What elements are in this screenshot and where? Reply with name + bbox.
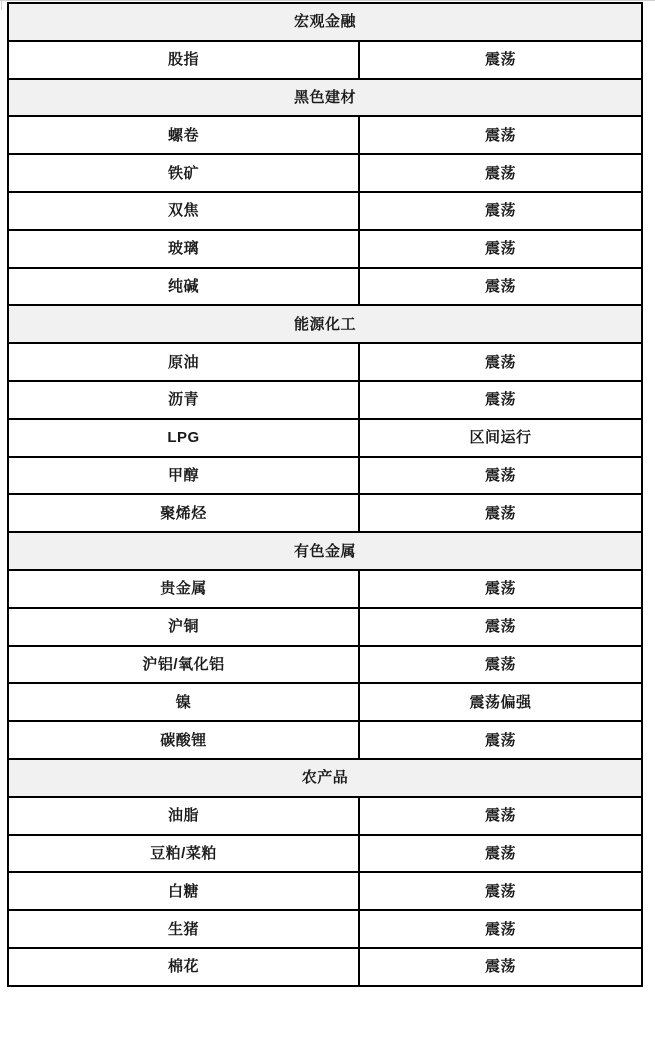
commodity-name: 沥青: [8, 381, 359, 419]
section-row: 有色金属: [8, 532, 642, 570]
table-row: 碳酸锂 震荡: [8, 721, 642, 759]
table-row: 棉花 震荡: [8, 948, 642, 986]
table-row: 油脂 震荡: [8, 797, 642, 835]
outlook-value: 震荡: [359, 230, 642, 268]
table-row: 螺卷 震荡: [8, 116, 642, 154]
outlook-value: 震荡: [359, 872, 642, 910]
table-row: 甲醇 震荡: [8, 457, 642, 495]
table-row: 股指 震荡: [8, 41, 642, 79]
section-header-nonferrous-metals: 有色金属: [8, 532, 642, 570]
table-row: 铁矿 震荡: [8, 154, 642, 192]
section-header-energy-chemicals: 能源化工: [8, 305, 642, 343]
section-row: 能源化工: [8, 305, 642, 343]
section-row: 宏观金融: [8, 3, 642, 41]
section-row: 农产品: [8, 759, 642, 797]
commodity-name: 碳酸锂: [8, 721, 359, 759]
commodity-name: 镍: [8, 683, 359, 721]
table-row: 沪铝/氧化铝 震荡: [8, 646, 642, 684]
table-row: 豆粕/菜粕 震荡: [8, 835, 642, 873]
commodity-name: 甲醇: [8, 457, 359, 495]
table-row: 沪铜 震荡: [8, 608, 642, 646]
commodity-name: 原油: [8, 343, 359, 381]
commodity-name: 生猪: [8, 910, 359, 948]
commodity-name: LPG: [8, 419, 359, 457]
section-header-macro-finance: 宏观金融: [8, 3, 642, 41]
commodity-name: 白糖: [8, 872, 359, 910]
commodity-name: 玻璃: [8, 230, 359, 268]
outlook-value: 震荡: [359, 457, 642, 495]
commodity-name: 豆粕/菜粕: [8, 835, 359, 873]
outlook-value: 震荡: [359, 721, 642, 759]
commodity-name: 螺卷: [8, 116, 359, 154]
outlook-value: 震荡偏强: [359, 683, 642, 721]
table-row: 玻璃 震荡: [8, 230, 642, 268]
commodity-name: 铁矿: [8, 154, 359, 192]
outlook-value: 震荡: [359, 381, 642, 419]
page-left-border-artifact: [1, 0, 2, 10]
table-row: 镍 震荡偏强: [8, 683, 642, 721]
commodity-name: 棉花: [8, 948, 359, 986]
table-row: 贵金属 震荡: [8, 570, 642, 608]
commodity-name: 股指: [8, 41, 359, 79]
outlook-value: 震荡: [359, 343, 642, 381]
commodity-name: 沪铜: [8, 608, 359, 646]
table-row: 双焦 震荡: [8, 192, 642, 230]
outlook-value: 震荡: [359, 116, 642, 154]
outlook-value: 震荡: [359, 570, 642, 608]
outlook-value: 震荡: [359, 192, 642, 230]
table-row: 原油 震荡: [8, 343, 642, 381]
outlook-value: 震荡: [359, 154, 642, 192]
outlook-value: 震荡: [359, 41, 642, 79]
section-header-ferrous-building-materials: 黑色建材: [8, 79, 642, 117]
outlook-value: 震荡: [359, 910, 642, 948]
commodity-name: 聚烯烃: [8, 494, 359, 532]
commodity-name: 贵金属: [8, 570, 359, 608]
commodity-name: 沪铝/氧化铝: [8, 646, 359, 684]
commodity-name: 油脂: [8, 797, 359, 835]
outlook-value: 震荡: [359, 797, 642, 835]
commodity-name: 双焦: [8, 192, 359, 230]
table-row: LPG 区间运行: [8, 419, 642, 457]
outlook-value: 震荡: [359, 494, 642, 532]
page-top-border-artifact: [0, 0, 655, 1]
outlook-value: 震荡: [359, 948, 642, 986]
table-row: 纯碱 震荡: [8, 268, 642, 306]
section-header-agricultural-products: 农产品: [8, 759, 642, 797]
section-row: 黑色建材: [8, 79, 642, 117]
table-row: 生猪 震荡: [8, 910, 642, 948]
outlook-value: 震荡: [359, 608, 642, 646]
outlook-value: 区间运行: [359, 419, 642, 457]
outlook-value: 震荡: [359, 646, 642, 684]
commodity-name: 纯碱: [8, 268, 359, 306]
outlook-value: 震荡: [359, 268, 642, 306]
table-row: 白糖 震荡: [8, 872, 642, 910]
table-row: 聚烯烃 震荡: [8, 494, 642, 532]
outlook-value: 震荡: [359, 835, 642, 873]
table-row: 沥青 震荡: [8, 381, 642, 419]
commodity-outlook-table: 宏观金融 股指 震荡 黑色建材 螺卷 震荡 铁矿 震荡 双焦 震荡 玻璃 震荡 …: [7, 2, 643, 987]
